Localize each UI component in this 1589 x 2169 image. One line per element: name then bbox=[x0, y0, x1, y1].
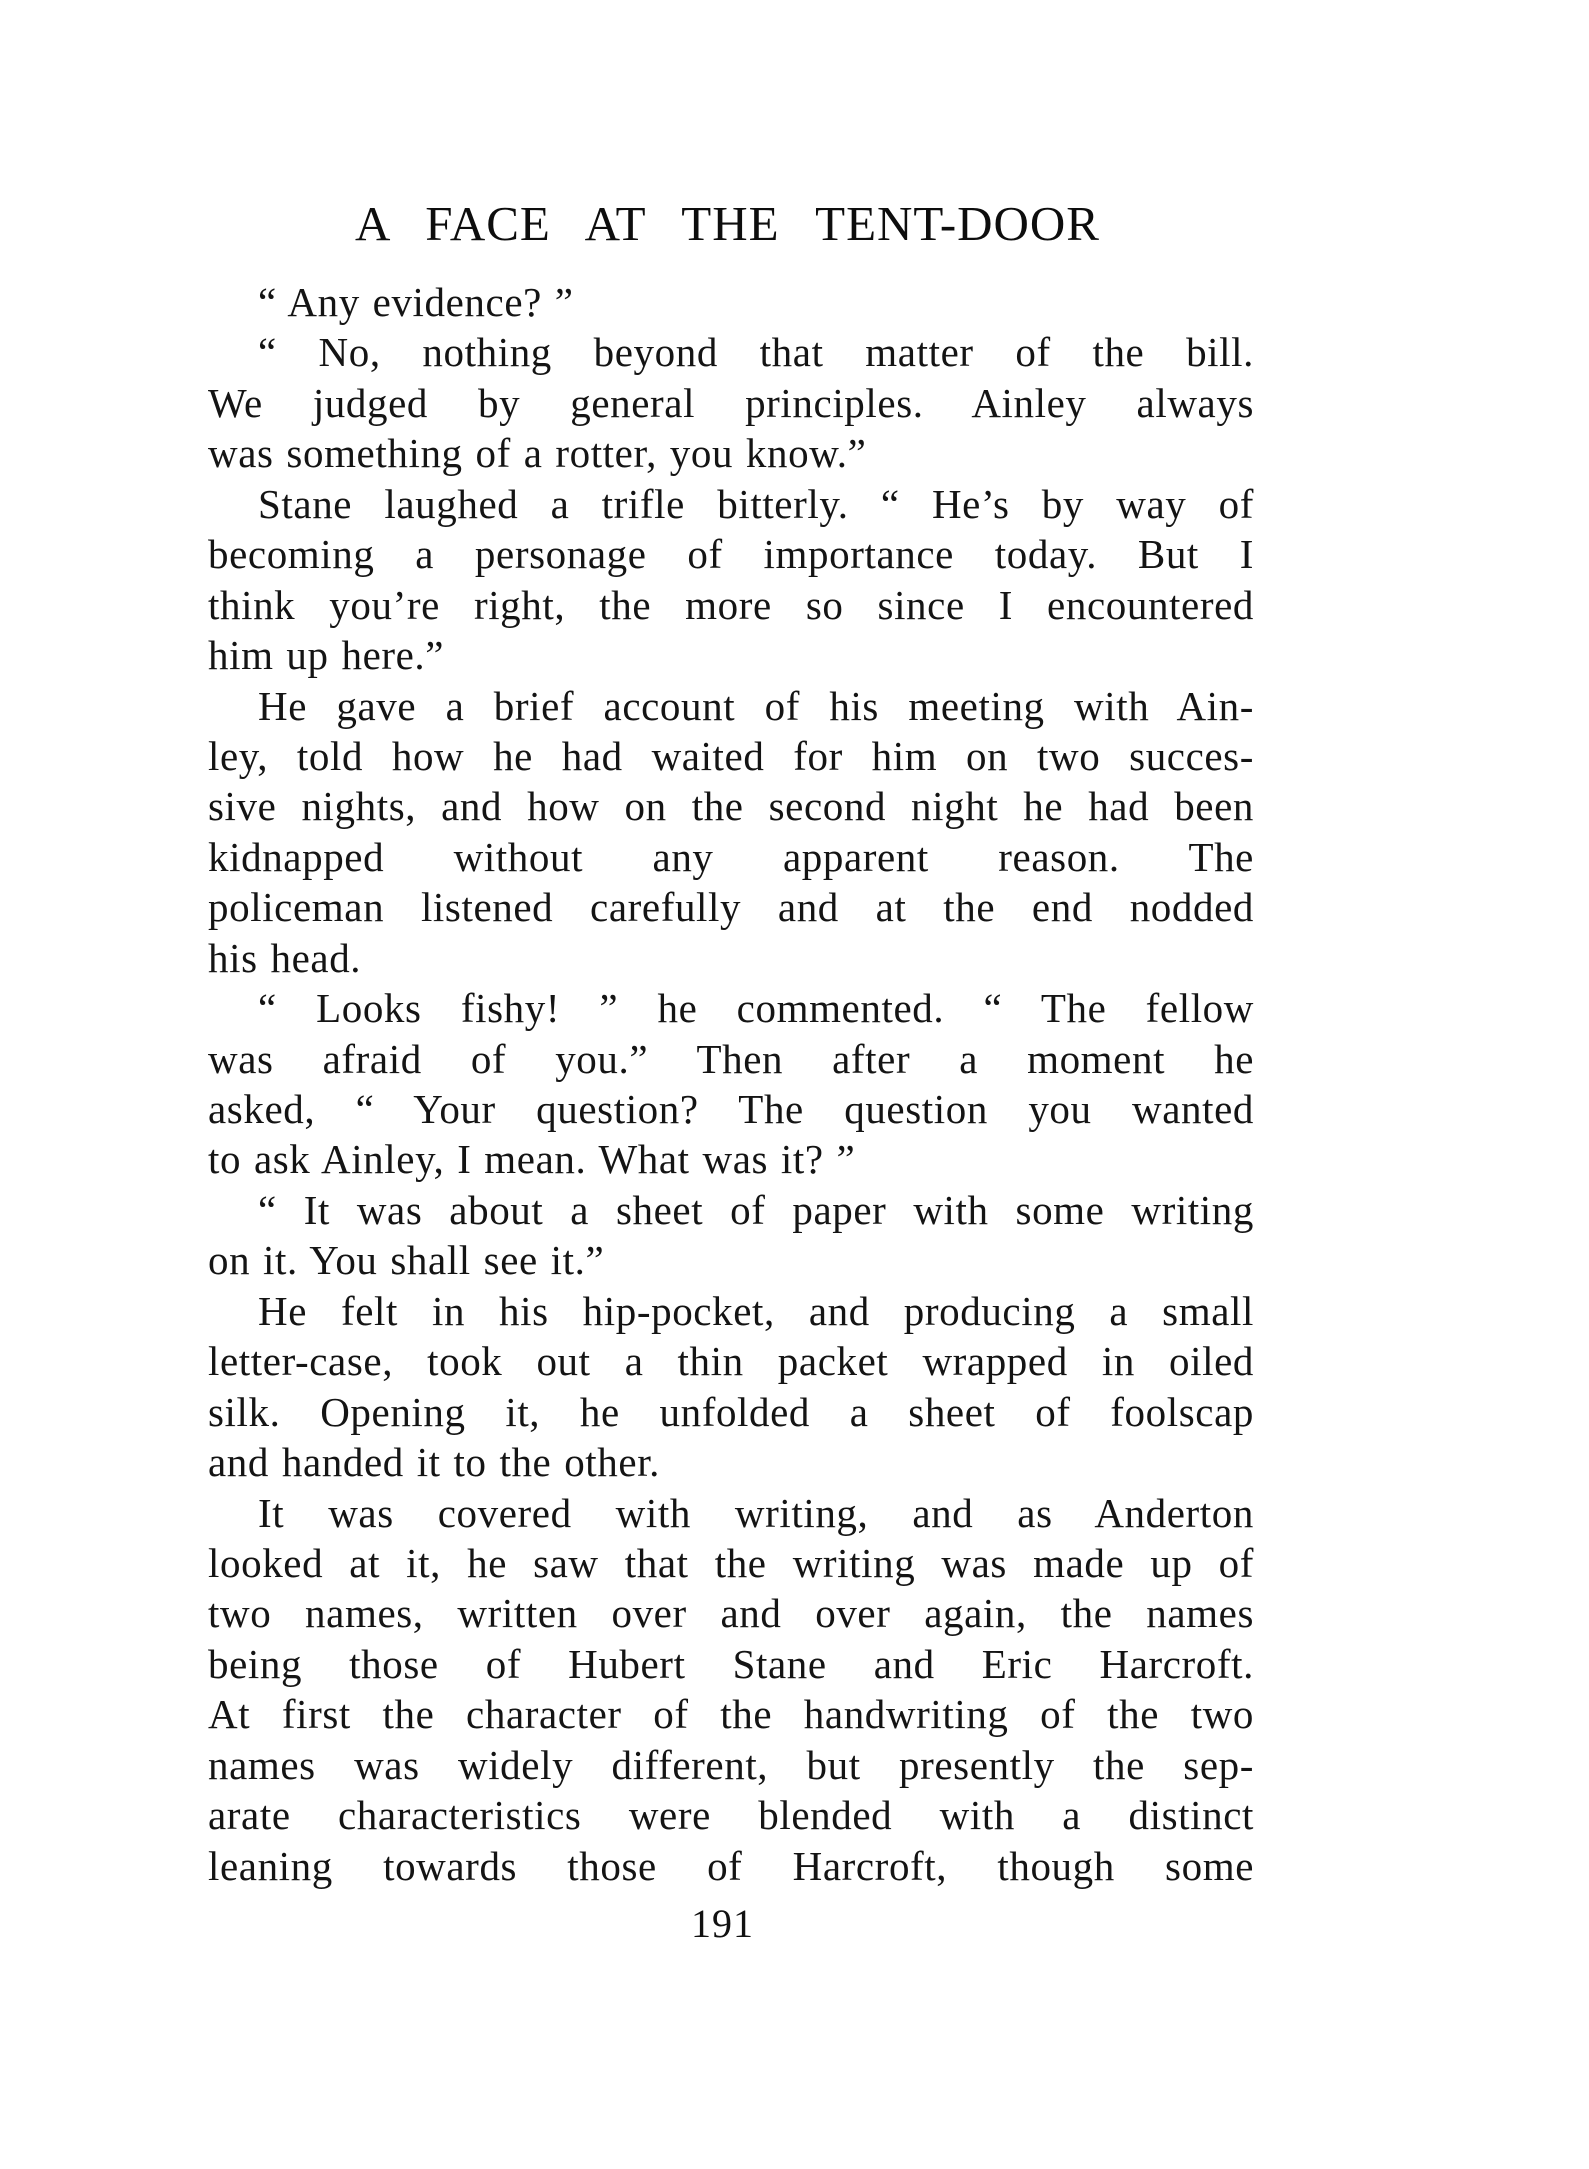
text-line: policeman listened carefully and at the … bbox=[208, 882, 1254, 932]
text-line: think you’re right, the more so since I … bbox=[208, 580, 1254, 630]
text-line: kidnapped without any apparent reason. T… bbox=[208, 832, 1254, 882]
text-line: At first the character of the handwritin… bbox=[208, 1689, 1254, 1739]
text-line: “ Any evidence? ” bbox=[208, 277, 1254, 327]
text-line: “ Looks fishy! ” he commented. “ The fel… bbox=[208, 983, 1254, 1033]
text-line: letter-case, took out a thin packet wrap… bbox=[208, 1336, 1254, 1386]
text-line: asked, “ Your question? The question you… bbox=[208, 1084, 1254, 1134]
text-line: to ask Ainley, I mean. What was it? ” bbox=[208, 1134, 1254, 1184]
text-line: arate characteristics were blended with … bbox=[208, 1790, 1254, 1840]
body-text: “ Any evidence? ” “ No, nothing beyond t… bbox=[208, 277, 1254, 1891]
text-line: becoming a personage of importance today… bbox=[208, 529, 1254, 579]
text-line: “ No, nothing beyond that matter of the … bbox=[208, 327, 1254, 377]
text-line: his head. bbox=[208, 933, 1254, 983]
text-line: being those of Hubert Stane and Eric Har… bbox=[208, 1639, 1254, 1689]
text-line: He gave a brief account of his meeting w… bbox=[208, 681, 1254, 731]
text-line: Stane laughed a trifle bitterly. “ He’s … bbox=[208, 479, 1254, 529]
book-page: A FACE AT THE TENT-DOOR “ Any evidence? … bbox=[0, 0, 1589, 2169]
text-line: was afraid of you.” Then after a moment … bbox=[208, 1034, 1254, 1084]
text-line: sive nights, and how on the second night… bbox=[208, 781, 1254, 831]
text-line: It was covered with writing, and as Ande… bbox=[208, 1488, 1254, 1538]
text-line: was something of a rotter, you know.” bbox=[208, 428, 1254, 478]
text-line: and handed it to the other. bbox=[208, 1437, 1254, 1487]
running-head: A FACE AT THE TENT-DOOR bbox=[355, 196, 1100, 252]
text-line: We judged by general principles. Ainley … bbox=[208, 378, 1254, 428]
text-line: leaning towards those of Harcroft, thoug… bbox=[208, 1841, 1254, 1891]
text-line: “ It was about a sheet of paper with som… bbox=[208, 1185, 1254, 1235]
text-line: him up here.” bbox=[208, 630, 1254, 680]
text-line: on it. You shall see it.” bbox=[208, 1235, 1254, 1285]
text-line: ley, told how he had waited for him on t… bbox=[208, 731, 1254, 781]
text-line: looked at it, he saw that the writing wa… bbox=[208, 1538, 1254, 1588]
text-line: names was widely different, but presentl… bbox=[208, 1740, 1254, 1790]
text-line: two names, written over and over again, … bbox=[208, 1588, 1254, 1638]
text-line: He felt in his hip-pocket, and producing… bbox=[208, 1286, 1254, 1336]
page-number: 191 bbox=[640, 1902, 805, 1946]
text-line: silk. Opening it, he unfolded a sheet of… bbox=[208, 1387, 1254, 1437]
